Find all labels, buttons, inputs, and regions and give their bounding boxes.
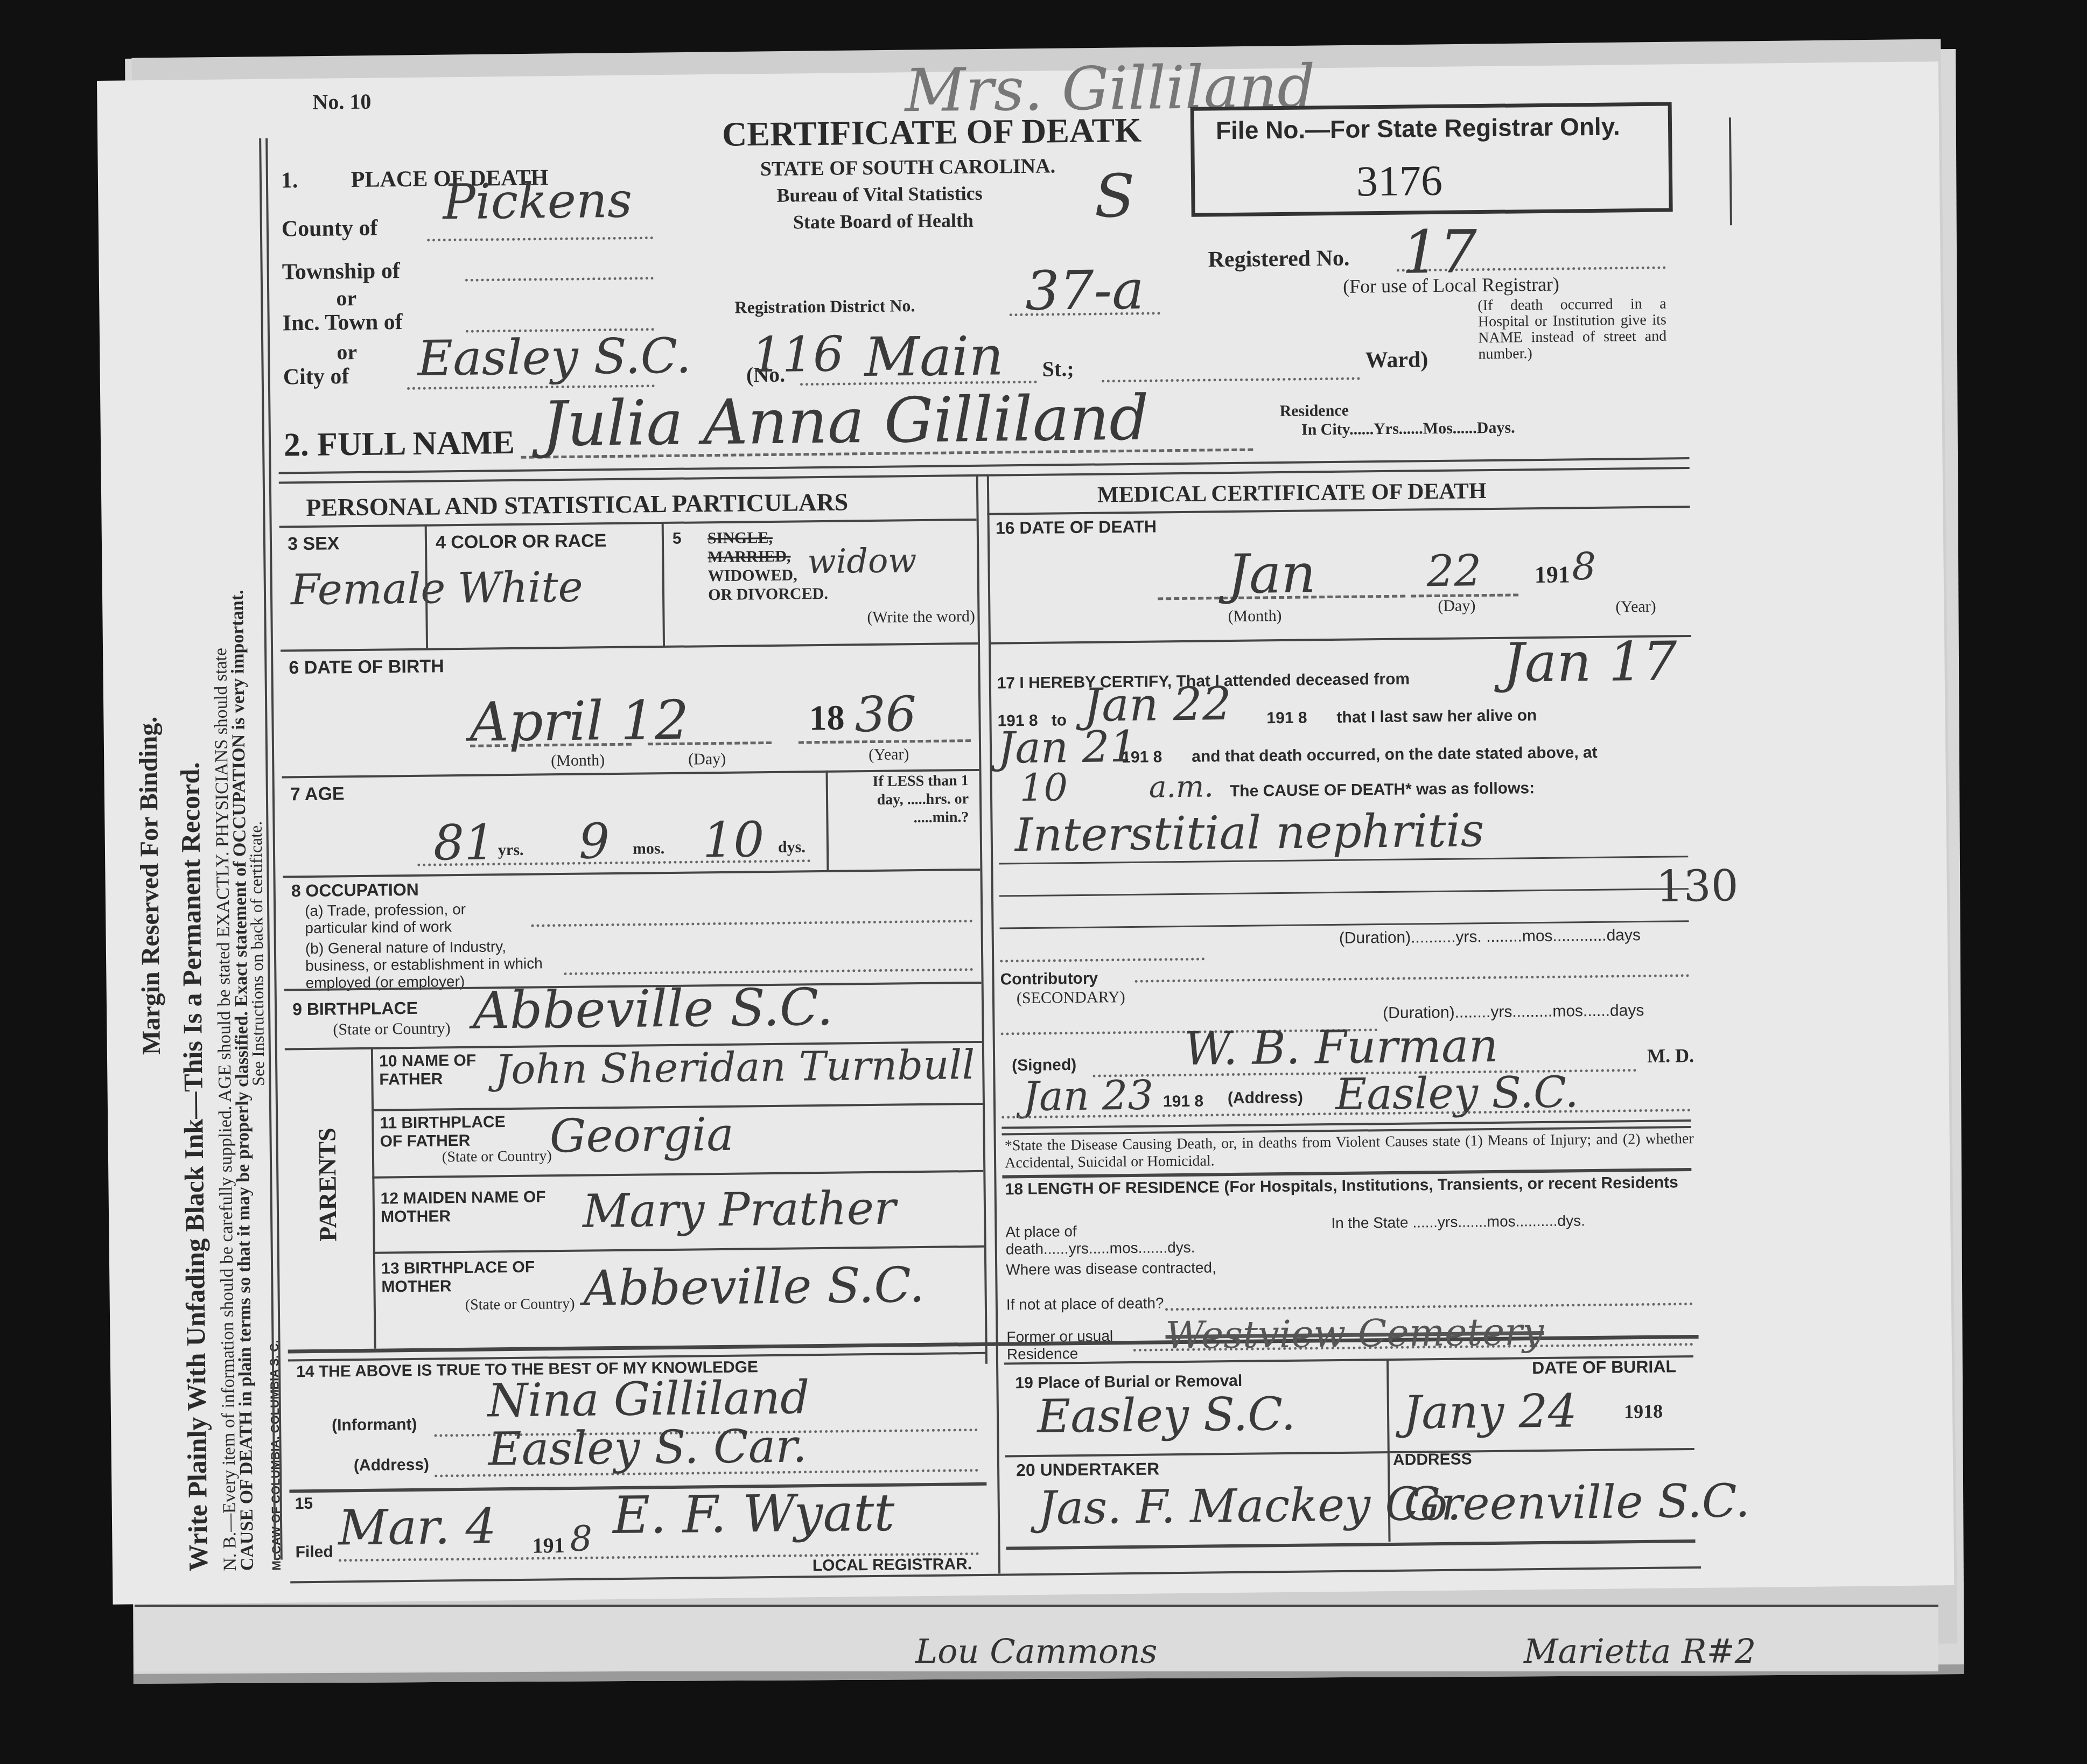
dob-year-print: 18 xyxy=(809,698,845,739)
where-contracted-label: Where was disease contracted, xyxy=(1006,1259,1216,1278)
mother-name-label: 12 MAIDEN NAME OF MOTHER xyxy=(381,1188,564,1227)
institution-note: (If death occurred in a Hospital or Inst… xyxy=(1477,296,1666,363)
residence-label: Residence xyxy=(1279,402,1349,421)
street-name: Main xyxy=(864,324,1004,389)
age-years-label: yrs. xyxy=(498,841,524,859)
date-of-death-year: 8 xyxy=(1572,544,1596,589)
medical-heading: MEDICAL CERTIFICATE OF DEATH xyxy=(1097,478,1487,508)
full-name-value: Julia Anna Gilliland xyxy=(542,382,1149,461)
informant-label: (Informant) xyxy=(332,1416,417,1435)
death-certificate: Margin Reserved For Binding. Write Plain… xyxy=(97,61,1954,1605)
dod-day-caption: (Day) xyxy=(1438,597,1475,615)
occupation-label: 8 OCCUPATION xyxy=(291,880,419,901)
side-mark: S xyxy=(1094,162,1136,231)
to-year: 191 8 xyxy=(1266,709,1307,728)
death-time: 10 xyxy=(1019,765,1068,810)
marital-number: 5 xyxy=(673,530,682,548)
file-number-label: File No.—For State Registrar Only. xyxy=(1216,111,1620,145)
dob-year: 36 xyxy=(855,686,917,743)
dob-label: 6 DATE OF BIRTH xyxy=(289,656,444,678)
marital-single: SINGLE, xyxy=(708,529,773,548)
birthplace-value: Abbeville S.C. xyxy=(473,978,834,1041)
state-name: STATE OF SOUTH CAROLINA. xyxy=(760,154,1056,181)
registrar-signature: E. F. Wyatt xyxy=(612,1483,895,1545)
father-birthplace-caption: (State or Country) xyxy=(442,1147,552,1166)
place-of-death-number: 1. xyxy=(281,167,298,193)
age-days-label: dys. xyxy=(778,838,806,857)
margin-binding-note: Margin Reserved For Binding. xyxy=(133,716,166,1055)
duration-line-2: (Duration)........yrs.........mos......d… xyxy=(1383,1002,1644,1023)
filed-label: Filed xyxy=(295,1543,333,1562)
filed-date: Mar. 4 xyxy=(338,1498,497,1556)
residence-in-state: In the State ......yrs.......mos........… xyxy=(1331,1211,1692,1232)
signed-date: Jan 23 xyxy=(1023,1072,1153,1121)
cause-text: The CAUSE OF DEATH* was as follows: xyxy=(1230,779,1535,801)
marital-widowed: WIDOWED, xyxy=(708,566,797,585)
birthplace-caption: (State or Country) xyxy=(333,1019,451,1039)
date-of-death-month: Jan xyxy=(1227,542,1316,606)
township-label: Township of xyxy=(282,258,400,285)
death-ampm: a.m. xyxy=(1149,769,1214,804)
burial-year: 1918 xyxy=(1624,1400,1663,1423)
form-number: No. 10 xyxy=(312,89,371,115)
marital-value: widow xyxy=(807,541,917,581)
former-residence-label: Former or usual Residence xyxy=(1006,1327,1131,1363)
father-name-label: 10 NAME OF FATHER xyxy=(379,1051,514,1089)
county-value: Pickens xyxy=(443,172,633,231)
undertaker-label: 20 UNDERTAKER xyxy=(1016,1459,1159,1480)
underlying-page-text-1: Lou Cammons xyxy=(915,1632,1157,1671)
county-label: County of xyxy=(282,215,378,242)
date-of-death-day: 22 xyxy=(1426,545,1482,596)
occupation-a-label: (a) Trade, profession, or particular kin… xyxy=(305,900,531,937)
or-label-2: or xyxy=(337,339,357,365)
box-edge xyxy=(1729,117,1732,225)
undertaker: Jas. F. Mackey Co. xyxy=(1038,1478,1461,1535)
parents-side-label: PARENTS xyxy=(312,1128,342,1242)
attended-from: Jan 17 xyxy=(1503,629,1677,694)
file-number-box: File No.—For State Registrar Only. 3176 xyxy=(1190,102,1673,216)
underlying-page-text-2: Marietta R#2 xyxy=(1524,1632,1756,1671)
last-saw-year: 191 8 xyxy=(1122,748,1162,767)
cause-code: 130 xyxy=(1656,860,1739,912)
race-label: 4 COLOR OR RACE xyxy=(436,530,607,553)
age-less-than-day: If LESS than 1 day, .....hrs. or .....mi… xyxy=(845,772,969,828)
if-not-label: If not at place of death? xyxy=(1006,1294,1164,1313)
undertaker-address-label: ADDRESS xyxy=(1393,1450,1472,1469)
residence-in-city: In City......Yrs......Mos......Days. xyxy=(1301,418,1515,439)
personal-heading: PERSONAL AND STATISTICAL PARTICULARS xyxy=(306,487,848,522)
filed-number: 15 xyxy=(295,1495,313,1513)
filed-year-print: 191 xyxy=(532,1532,564,1558)
registered-label: Registered No. xyxy=(1208,246,1349,273)
contributory-label: Contributory xyxy=(1000,970,1098,989)
race-value: White xyxy=(457,563,583,613)
mother-name-value: Mary Prather xyxy=(583,1182,897,1238)
city-value: Easley S.C. xyxy=(417,327,691,387)
physician-signature: W. B. Furman xyxy=(1183,1019,1498,1076)
informant-address-label: (Address) xyxy=(354,1456,429,1475)
registered-note: (For use of Local Registrar) xyxy=(1343,273,1559,298)
sex-label: 3 SEX xyxy=(288,533,340,555)
date-of-death-year-print: 191 xyxy=(1534,561,1570,589)
cause-of-death: Interstitial nephritis xyxy=(1014,804,1484,862)
marital-note: (Write the word) xyxy=(867,607,975,627)
ward-label: Ward) xyxy=(1365,347,1428,373)
street-number: 116 xyxy=(751,326,844,384)
dob-year-caption: (Year) xyxy=(869,745,909,764)
contributory-field[interactable] xyxy=(1135,974,1690,983)
dob-month: April 12 xyxy=(470,689,689,754)
burial-place: Easley S.C. xyxy=(1037,1388,1296,1444)
margin-nb-line3: See Instructions on back of certificate. xyxy=(246,821,268,1087)
md-label: M. D. xyxy=(1647,1044,1694,1067)
or-label-1: or xyxy=(336,285,356,311)
filed-year: 8 xyxy=(570,1519,592,1559)
age-label: 7 AGE xyxy=(290,783,345,805)
where-contracted-field[interactable] xyxy=(1165,1303,1693,1311)
secondary-label: (SECONDARY) xyxy=(1017,988,1125,1007)
physician-address-label: (Address) xyxy=(1228,1089,1303,1108)
age-months-label: mos. xyxy=(633,839,665,858)
father-name-value: John Sheridan Turnbull xyxy=(495,1041,975,1093)
death-occurred-text: and that death occurred, on the date sta… xyxy=(1192,744,1598,766)
residence-at-place: At place of death......yrs.....mos......… xyxy=(1005,1221,1259,1258)
mother-birthplace-label: 13 BIRTHPLACE OF MOTHER xyxy=(381,1258,543,1296)
occupation-a-field[interactable] xyxy=(531,920,972,927)
informant-value: Nina Gilliland xyxy=(487,1371,810,1427)
informant-address-value: Easley S. Car. xyxy=(488,1419,807,1476)
registrar-label: LOCAL REGISTRAR. xyxy=(813,1555,972,1575)
marital-married: MARRIED, xyxy=(708,548,791,567)
date-of-death-label: 16 DATE OF DEATH xyxy=(996,516,1157,538)
burial-date: Jany 24 xyxy=(1403,1384,1578,1439)
city-label: City of xyxy=(283,363,349,390)
burial-date-label: DATE OF BURIAL xyxy=(1532,1356,1676,1378)
town-label: Inc. Town of xyxy=(282,309,402,336)
marital-divorced: OR DIVORCED. xyxy=(708,585,828,604)
dod-year-caption: (Year) xyxy=(1615,598,1656,617)
sex-value: Female xyxy=(290,564,446,614)
duration-line-1: (Duration)..........yrs. ........mos....… xyxy=(1339,926,1641,948)
former-residence-struck-value: Westview Cemetery xyxy=(1165,1310,1544,1357)
dob-day-caption: (Day) xyxy=(688,750,726,769)
certificate-title: CERTIFICATE OF DEATK xyxy=(722,110,1142,155)
board-name: State Board of Health xyxy=(793,209,974,234)
undertaker-address: Greenville S.C. xyxy=(1404,1474,1750,1531)
center-divider xyxy=(976,475,988,1364)
father-birthplace-value: Georgia xyxy=(549,1108,734,1164)
birthplace-label: 9 BIRTHPLACE xyxy=(292,998,418,1019)
district-label: Registration District No. xyxy=(734,296,915,318)
margin-ink-note: Write Plainly With Unfading Black Ink—Th… xyxy=(174,762,214,1571)
occupation-b-field[interactable] xyxy=(564,968,973,975)
mother-birthplace-value: Abbeville S.C. xyxy=(583,1257,925,1317)
signed-year: 191 8 xyxy=(1163,1093,1203,1111)
last-saw-text: that I last saw her alive on xyxy=(1336,706,1537,727)
father-birthplace-label: 11 BIRTHPLACE OF FATHER xyxy=(380,1113,520,1151)
dob-month-caption: (Month) xyxy=(551,751,605,770)
street-label: St.; xyxy=(1042,356,1074,382)
district-value: 37-a xyxy=(1025,258,1145,323)
cause-footnote: *State the Disease Causing Death, or, in… xyxy=(1005,1130,1694,1172)
full-name-label: 2. FULL NAME xyxy=(284,424,515,464)
dod-month-caption: (Month) xyxy=(1228,607,1281,626)
file-number-value: 3176 xyxy=(1356,157,1443,207)
bureau-name: Bureau of Vital Statistics xyxy=(776,182,983,207)
mother-birthplace-caption: (State or Country) xyxy=(465,1296,575,1314)
